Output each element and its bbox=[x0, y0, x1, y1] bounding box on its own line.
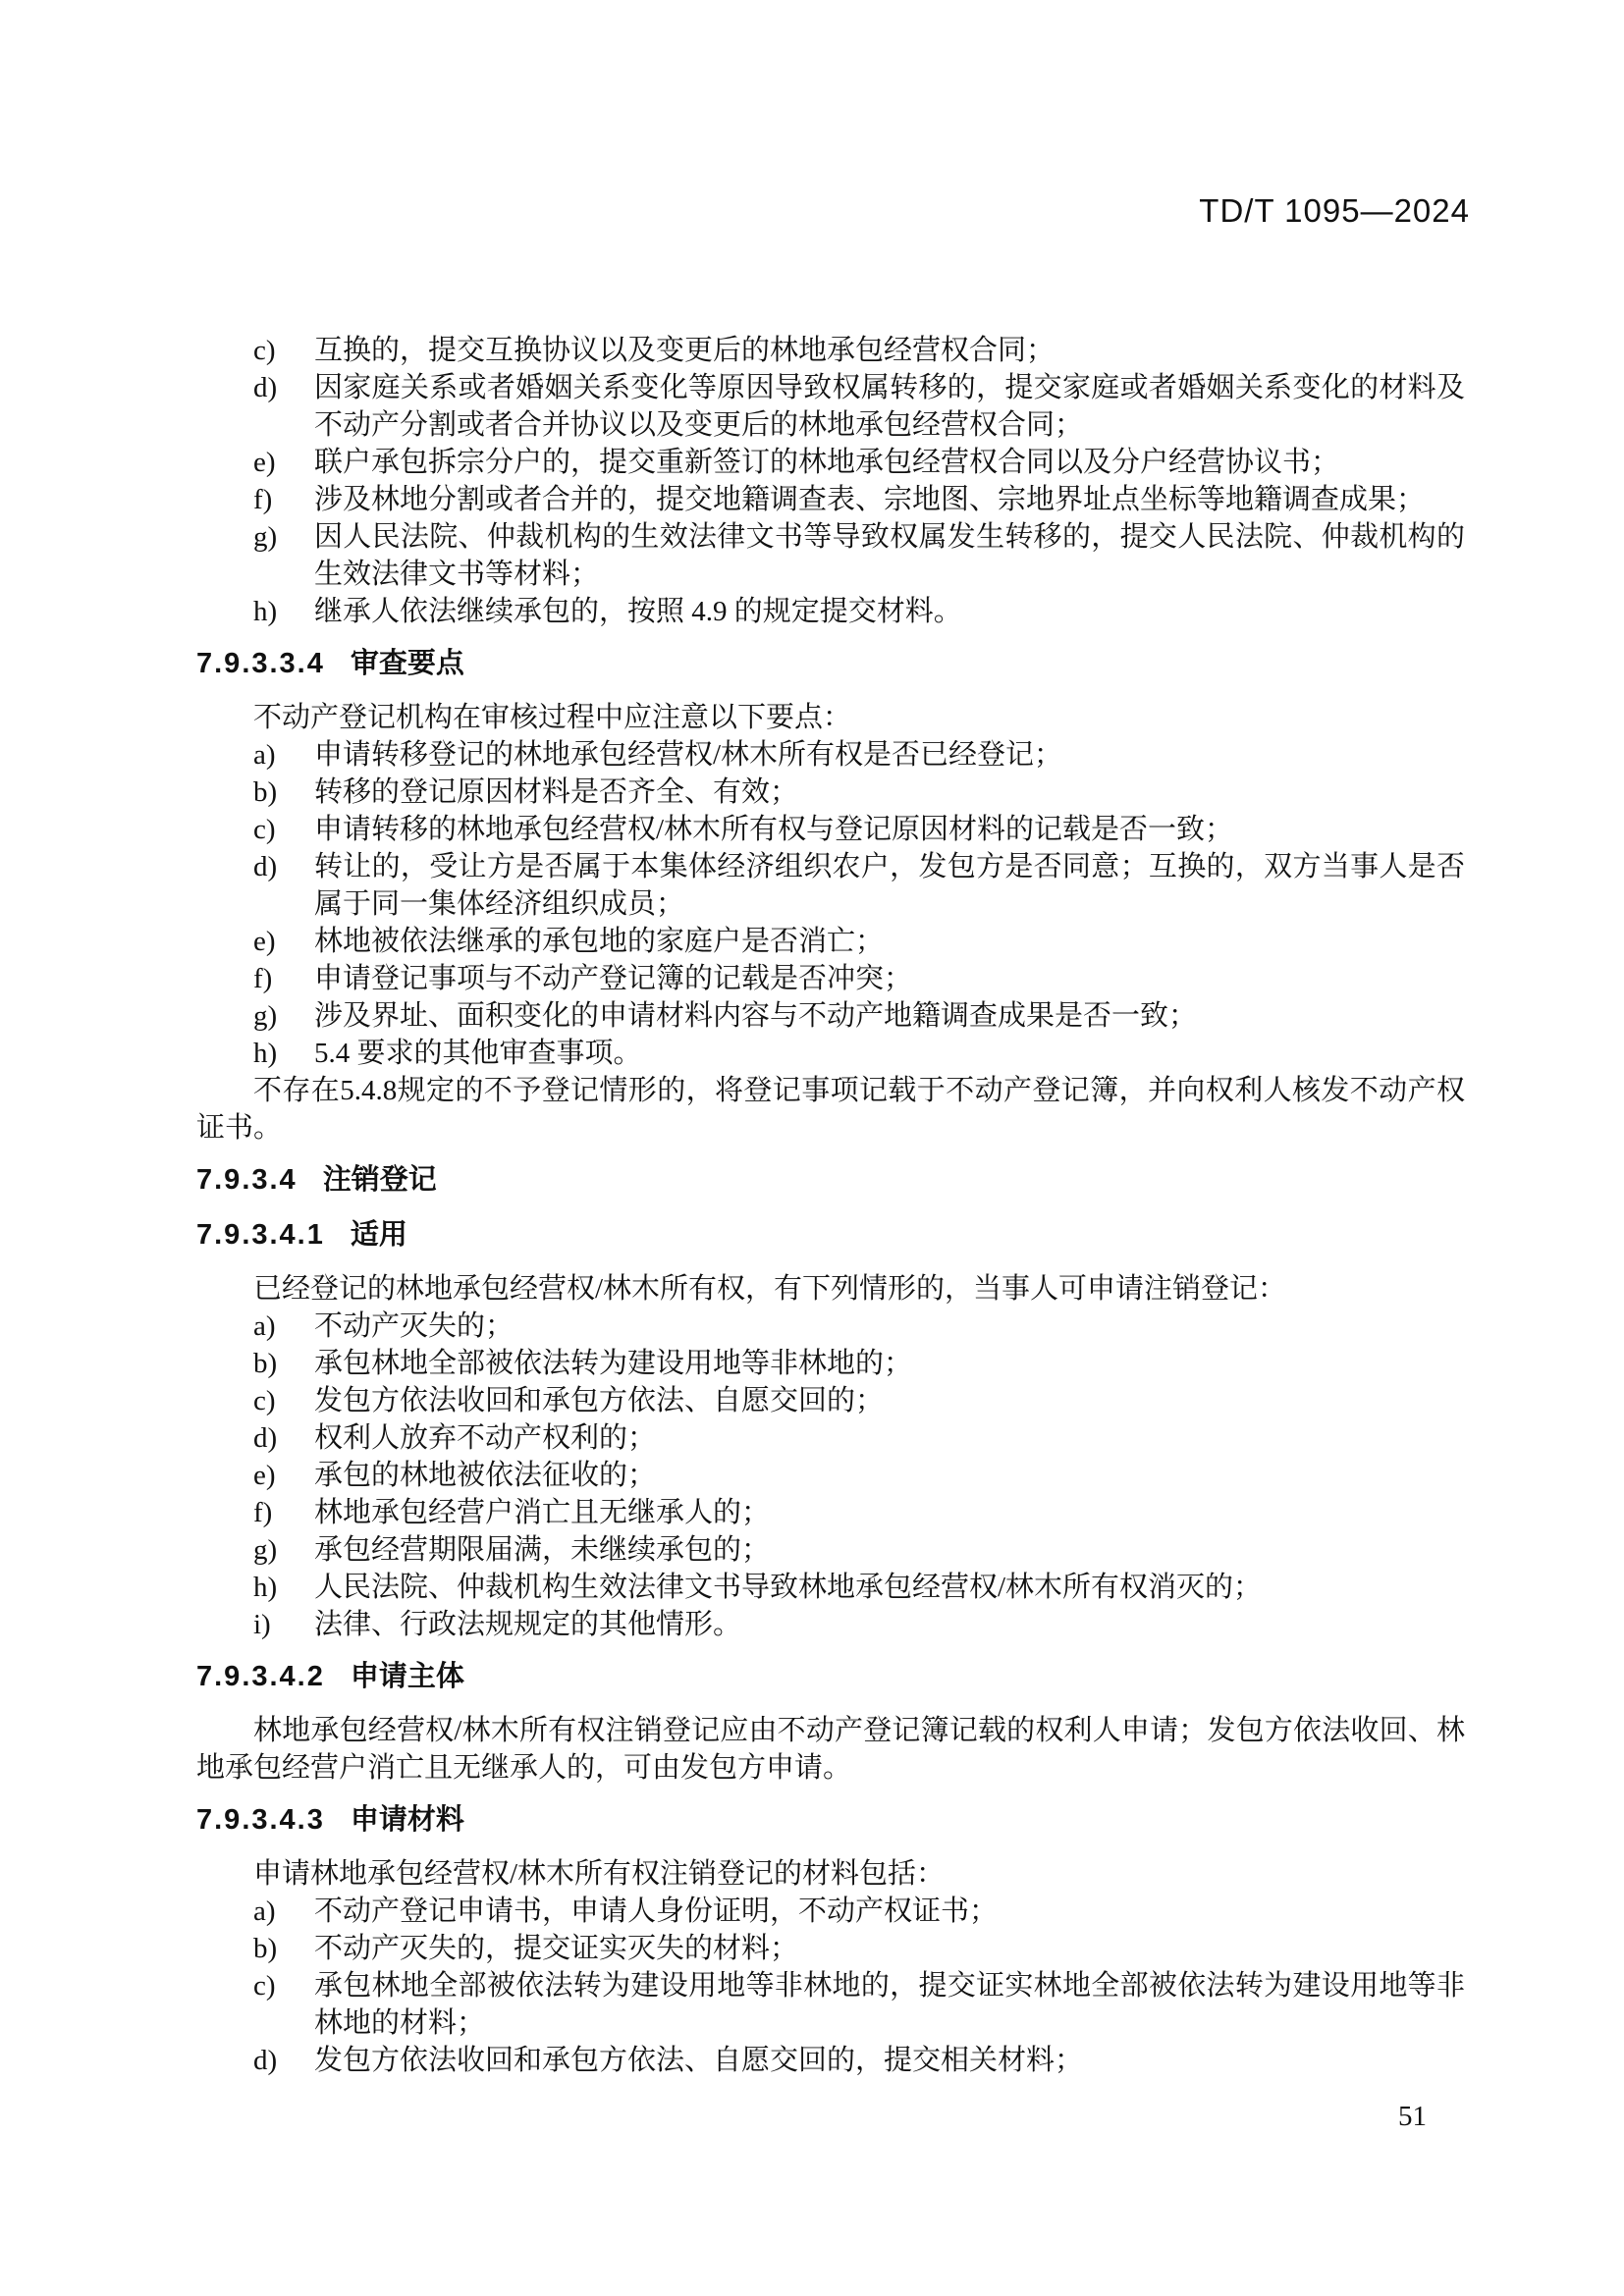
list-item-marker: g) bbox=[253, 1531, 314, 1569]
list-item: h)5.4 要求的其他审查事项。 bbox=[196, 1035, 1465, 1072]
section-number: 7.9.3.4.2 bbox=[196, 1657, 325, 1696]
list-item: a)申请转移登记的林地承包经营权/林木所有权是否已经登记； bbox=[196, 736, 1465, 774]
list-item-marker: b) bbox=[253, 1345, 314, 1382]
paragraph: 林地承包经营权/林木所有权注销登记应由不动产登记簿记载的权利人申请；发包方依法收… bbox=[196, 1712, 1465, 1787]
list-item-text: 承包的林地被依法征收的； bbox=[314, 1457, 1465, 1494]
section-number: 7.9.3.3.4 bbox=[196, 644, 325, 683]
list-item: c)发包方依法收回和承包方依法、自愿交回的； bbox=[196, 1382, 1465, 1419]
list-item: f)涉及林地分割或者合并的，提交地籍调查表、宗地图、宗地界址点坐标等地籍调查成果… bbox=[196, 481, 1465, 518]
list-item: f)申请登记事项与不动产登记簿的记载是否冲突； bbox=[196, 960, 1465, 997]
list-item-text: 因人民法院、仲裁机构的生效法律文书等导致权属发生转移的，提交人民法院、仲裁机构的… bbox=[314, 518, 1465, 593]
ordered-list: c)互换的，提交互换协议以及变更后的林地承包经营权合同；d)因家庭关系或者婚姻关… bbox=[196, 332, 1465, 630]
list-item-text: 联户承包拆宗分户的，提交重新签订的林地承包经营权合同以及分户经营协议书； bbox=[314, 444, 1465, 481]
list-item-marker: d) bbox=[253, 848, 314, 885]
list-item-text: 5.4 要求的其他审查事项。 bbox=[314, 1035, 1465, 1072]
list-item-text: 人民法院、仲裁机构生效法律文书导致林地承包经营权/林木所有权消灭的； bbox=[314, 1569, 1465, 1606]
list-item-text: 法律、行政法规规定的其他情形。 bbox=[314, 1606, 1465, 1643]
list-item: f)林地承包经营户消亡且无继承人的； bbox=[196, 1494, 1465, 1531]
list-item-text: 发包方依法收回和承包方依法、自愿交回的，提交相关材料； bbox=[314, 2042, 1465, 2079]
list-item-marker: f) bbox=[253, 1494, 314, 1531]
list-item-marker: a) bbox=[253, 1893, 314, 1930]
paragraph: 不动产登记机构在审核过程中应注意以下要点： bbox=[196, 699, 1465, 736]
list-item-marker: g) bbox=[253, 997, 314, 1035]
list-item-marker: d) bbox=[253, 369, 314, 406]
list-item-text: 林地承包经营户消亡且无继承人的； bbox=[314, 1494, 1465, 1531]
list-item-marker: c) bbox=[253, 332, 314, 369]
document-body: c)互换的，提交互换协议以及变更后的林地承包经营权合同；d)因家庭关系或者婚姻关… bbox=[196, 332, 1465, 2079]
page-number: 51 bbox=[1398, 2101, 1427, 2133]
list-item-text: 申请转移登记的林地承包经营权/林木所有权是否已经登记； bbox=[314, 736, 1465, 774]
ordered-list: a)申请转移登记的林地承包经营权/林木所有权是否已经登记；b)转移的登记原因材料… bbox=[196, 736, 1465, 1072]
list-item-text: 不动产灭失的； bbox=[314, 1308, 1465, 1345]
list-item: g)承包经营期限届满，未继续承包的； bbox=[196, 1531, 1465, 1569]
list-item-text: 发包方依法收回和承包方依法、自愿交回的； bbox=[314, 1382, 1465, 1419]
paragraph: 申请林地承包经营权/林木所有权注销登记的材料包括： bbox=[196, 1855, 1465, 1893]
section-number: 7.9.3.4.3 bbox=[196, 1800, 325, 1840]
section-heading: 7.9.3.4.2申请主体 bbox=[196, 1657, 1465, 1696]
ordered-list: a)不动产登记申请书，申请人身份证明，不动产权证书；b)不动产灭失的，提交证实灭… bbox=[196, 1893, 1465, 2079]
section-title: 申请材料 bbox=[351, 1804, 464, 1836]
list-item: d)转让的，受让方是否属于本集体经济组织农户，发包方是否同意；互换的，双方当事人… bbox=[196, 848, 1465, 923]
section-title: 审查要点 bbox=[351, 648, 464, 679]
list-item: a)不动产灭失的； bbox=[196, 1308, 1465, 1345]
list-item-text: 权利人放弃不动产权利的； bbox=[314, 1419, 1465, 1457]
list-item-marker: b) bbox=[253, 774, 314, 811]
list-item: i)法律、行政法规规定的其他情形。 bbox=[196, 1606, 1465, 1643]
list-item: a)不动产登记申请书，申请人身份证明，不动产权证书； bbox=[196, 1893, 1465, 1930]
list-item: c)互换的，提交互换协议以及变更后的林地承包经营权合同； bbox=[196, 332, 1465, 369]
list-item-marker: e) bbox=[253, 444, 314, 481]
list-item: g)因人民法院、仲裁机构的生效法律文书等导致权属发生转移的，提交人民法院、仲裁机… bbox=[196, 518, 1465, 593]
list-item-text: 不动产灭失的，提交证实灭失的材料； bbox=[314, 1930, 1465, 1967]
list-item: e)联户承包拆宗分户的，提交重新签订的林地承包经营权合同以及分户经营协议书； bbox=[196, 444, 1465, 481]
list-item-marker: d) bbox=[253, 2042, 314, 2079]
list-item-marker: e) bbox=[253, 1457, 314, 1494]
section-title: 注销登记 bbox=[323, 1164, 437, 1196]
list-item-marker: d) bbox=[253, 1419, 314, 1457]
list-item: h)人民法院、仲裁机构生效法律文书导致林地承包经营权/林木所有权消灭的； bbox=[196, 1569, 1465, 1606]
list-item: d)因家庭关系或者婚姻关系变化等原因导致权属转移的，提交家庭或者婚姻关系变化的材… bbox=[196, 369, 1465, 444]
list-item-text: 林地被依法继承的承包地的家庭户是否消亡； bbox=[314, 923, 1465, 960]
list-item-text: 涉及林地分割或者合并的，提交地籍调查表、宗地图、宗地界址点坐标等地籍调查成果； bbox=[314, 481, 1465, 518]
section-number: 7.9.3.4 bbox=[196, 1160, 298, 1200]
list-item: g)涉及界址、面积变化的申请材料内容与不动产地籍调查成果是否一致； bbox=[196, 997, 1465, 1035]
list-item-marker: c) bbox=[253, 1967, 314, 2004]
doc-number-header: TD/T 1095—2024 bbox=[196, 192, 1470, 230]
section-title: 申请主体 bbox=[351, 1661, 464, 1692]
list-item: d)权利人放弃不动产权利的； bbox=[196, 1419, 1465, 1457]
list-item-marker: f) bbox=[253, 960, 314, 997]
list-item-marker: h) bbox=[253, 1569, 314, 1606]
list-item-marker: f) bbox=[253, 481, 314, 518]
paragraph: 已经登记的林地承包经营权/林木所有权，有下列情形的，当事人可申请注销登记： bbox=[196, 1270, 1465, 1308]
list-item-text: 转移的登记原因材料是否齐全、有效； bbox=[314, 774, 1465, 811]
section-heading: 7.9.3.4.1适用 bbox=[196, 1215, 1465, 1255]
list-item-text: 互换的，提交互换协议以及变更后的林地承包经营权合同； bbox=[314, 332, 1465, 369]
list-item-marker: c) bbox=[253, 811, 314, 848]
section-heading: 7.9.3.4.3申请材料 bbox=[196, 1800, 1465, 1840]
section-heading: 7.9.3.3.4审查要点 bbox=[196, 644, 1465, 683]
list-item-text: 承包林地全部被依法转为建设用地等非林地的，提交证实林地全部被依法转为建设用地等非… bbox=[314, 1967, 1465, 2042]
list-item-text: 涉及界址、面积变化的申请材料内容与不动产地籍调查成果是否一致； bbox=[314, 997, 1465, 1035]
list-item-text: 继承人依法继续承包的，按照 4.9 的规定提交材料。 bbox=[314, 593, 1465, 630]
section-heading: 7.9.3.4注销登记 bbox=[196, 1160, 1465, 1200]
list-item-text: 承包经营期限届满，未继续承包的； bbox=[314, 1531, 1465, 1569]
list-item: h)继承人依法继续承包的，按照 4.9 的规定提交材料。 bbox=[196, 593, 1465, 630]
list-item-marker: i) bbox=[253, 1606, 314, 1643]
list-item: c)申请转移的林地承包经营权/林木所有权与登记原因材料的记载是否一致； bbox=[196, 811, 1465, 848]
list-item-text: 申请转移的林地承包经营权/林木所有权与登记原因材料的记载是否一致； bbox=[314, 811, 1465, 848]
list-item-text: 不动产登记申请书，申请人身份证明，不动产权证书； bbox=[314, 1893, 1465, 1930]
list-item-marker: g) bbox=[253, 518, 314, 556]
list-item: e)林地被依法继承的承包地的家庭户是否消亡； bbox=[196, 923, 1465, 960]
list-item: b)不动产灭失的，提交证实灭失的材料； bbox=[196, 1930, 1465, 1967]
list-item: d)发包方依法收回和承包方依法、自愿交回的，提交相关材料； bbox=[196, 2042, 1465, 2079]
list-item-marker: b) bbox=[253, 1930, 314, 1967]
section-title: 适用 bbox=[351, 1219, 407, 1251]
list-item-text: 申请登记事项与不动产登记簿的记载是否冲突； bbox=[314, 960, 1465, 997]
list-item: b)转移的登记原因材料是否齐全、有效； bbox=[196, 774, 1465, 811]
list-item-marker: e) bbox=[253, 923, 314, 960]
paragraph: 不存在5.4.8规定的不予登记情形的，将登记事项记载于不动产登记簿，并向权利人核… bbox=[196, 1072, 1465, 1147]
list-item-marker: a) bbox=[253, 1308, 314, 1345]
section-number: 7.9.3.4.1 bbox=[196, 1215, 325, 1255]
list-item-marker: h) bbox=[253, 593, 314, 630]
list-item: b)承包林地全部被依法转为建设用地等非林地的； bbox=[196, 1345, 1465, 1382]
list-item-text: 转让的，受让方是否属于本集体经济组织农户，发包方是否同意；互换的，双方当事人是否… bbox=[314, 848, 1465, 923]
document-page: TD/T 1095—2024 c)互换的，提交互换协议以及变更后的林地承包经营权… bbox=[0, 0, 1624, 2296]
list-item-marker: h) bbox=[253, 1035, 314, 1072]
list-item-marker: c) bbox=[253, 1382, 314, 1419]
list-item-text: 承包林地全部被依法转为建设用地等非林地的； bbox=[314, 1345, 1465, 1382]
ordered-list: a)不动产灭失的；b)承包林地全部被依法转为建设用地等非林地的；c)发包方依法收… bbox=[196, 1308, 1465, 1643]
list-item-marker: a) bbox=[253, 736, 314, 774]
list-item: e)承包的林地被依法征收的； bbox=[196, 1457, 1465, 1494]
list-item: c)承包林地全部被依法转为建设用地等非林地的，提交证实林地全部被依法转为建设用地… bbox=[196, 1967, 1465, 2042]
list-item-text: 因家庭关系或者婚姻关系变化等原因导致权属转移的，提交家庭或者婚姻关系变化的材料及… bbox=[314, 369, 1465, 444]
